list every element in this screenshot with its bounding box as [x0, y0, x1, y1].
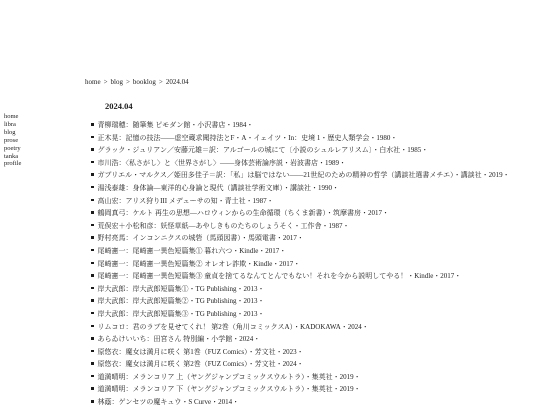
book-entry: 正木晃：記憶の技法——虚空蔵求聞持法とF・A・イェイツ・In：史境 1・歴史人類…: [91, 132, 510, 145]
book-entry: 原悠衣：魔女は満月に咲く 第1巻（FUZ Comics）・芳文社・2023・: [91, 346, 510, 359]
breadcrumb: home>blog>booklog>2024.04: [85, 78, 510, 86]
sidebar-link[interactable]: home: [4, 113, 21, 121]
book-entry: 道満晴明：メランコリア 上（ヤングジャンプコミックスウルトラ）・集英社・2019…: [91, 371, 510, 384]
breadcrumb-link[interactable]: home: [85, 78, 101, 86]
book-entry: 青柳瑞穂：随筆集 ピモダン館・小沢書店・1984・: [91, 119, 510, 132]
breadcrumb-link-separator: >: [104, 78, 108, 86]
main-content: home>blog>booklog>2024.04 2024.04 青柳瑞穂：随…: [85, 78, 510, 405]
sidebar-link[interactable]: profile: [4, 160, 21, 168]
book-entry: 道満晴明：メランコリア 下（ヤングジャンプコミックスウルトラ）・集英社・2019…: [91, 383, 510, 396]
breadcrumb-link[interactable]: blog: [111, 78, 123, 86]
breadcrumb-link[interactable]: booklog: [133, 78, 156, 86]
book-entry: 岸大武郎：岸大武郎短篇集①・TG Publishing・2013・: [91, 283, 510, 296]
sidebar-link[interactable]: libra: [4, 121, 21, 129]
sidebar-link[interactable]: tanka: [4, 153, 21, 161]
sidebar-link[interactable]: prose: [4, 137, 21, 145]
book-entry: 岸大武郎：岸大武郎短篇集②・TG Publishing・2013・: [91, 295, 510, 308]
book-entry: 荒俣宏＋小松和彦：妖怪草紙—あやしきものたちのしょうそく・工作舎・1987・: [91, 220, 510, 233]
book-entry: リムコロ：君のラブを見せてくれ！ 第2巻（角川コミックスA）・KADOKAWA・…: [91, 321, 510, 334]
sidebar-link[interactable]: blog: [4, 129, 21, 137]
sidebar-nav: homelibrablogprosepoetrytankaprofile: [4, 113, 21, 168]
breadcrumb-link-separator: >: [159, 78, 163, 86]
breadcrumb-link[interactable]: 2024.04: [166, 78, 189, 86]
book-entry: ガブリエル・マルクス／姫田多佳子＝訳：「私」は脳ではない——21世紀のための精神…: [91, 169, 510, 182]
book-entry: 湯浅泰雄：身体論—東洋的心身論と現代（講談社学術文庫）・講談社・1990・: [91, 182, 510, 195]
book-entry: 鶴岡真弓：ケルト 再生の思想—ハロウィンからの生命循環（ちくま新書）・筑摩書房・…: [91, 207, 510, 220]
book-entry: 高山宏：アリス狩りIII メデューサの知・青土社・1987・: [91, 195, 510, 208]
book-entry: 市川浩：〈私さがし〉と〈世界さがし〉——身体芸術論序説・岩波書店・1989・: [91, 157, 510, 170]
book-entry: 尾崎憲一：尾崎憲一異色短篇集③ 童貞を捨てるなんてとんでもない！それを今から説明…: [91, 270, 510, 283]
sidebar-link[interactable]: poetry: [4, 145, 21, 153]
book-entry: グラック・ジュリアン／安藤元雄＝訳：アルゴールの城にて〔小説のシュルレアリスム〕…: [91, 144, 510, 157]
breadcrumb-link-separator: >: [126, 78, 130, 86]
book-entry: 尾崎憲一：尾崎憲一異色短篇集① 暮れ六つ・Kindle・2017・: [91, 245, 510, 258]
book-entry: 野村亮馬：インコンニクスの城砦（馬頭図書）・馬頭電書・2017・: [91, 232, 510, 245]
book-entry: あらゐけいいち：田宮さん 特別編・小学館・2024・: [91, 333, 510, 346]
book-entry: 原悠衣：魔女は満月に咲く 第2巻（FUZ Comics）・芳文社・2024・: [91, 358, 510, 371]
book-entry: 岸大武郎：岸大武郎短篇集③・TG Publishing・2013・: [91, 308, 510, 321]
book-entry: 尾崎憲一：尾崎憲一異色短篇集② オレオレ詐欺・Kindle・2017・: [91, 258, 510, 271]
book-entry: 林蔭：ゲンセツの魔キュウ・S Curve・2014・: [91, 396, 510, 405]
page-heading: 2024.04: [105, 102, 510, 111]
book-list: 青柳瑞穂：随筆集 ピモダン館・小沢書店・1984・正木晃：記憶の技法——虚空蔵求…: [85, 119, 510, 405]
